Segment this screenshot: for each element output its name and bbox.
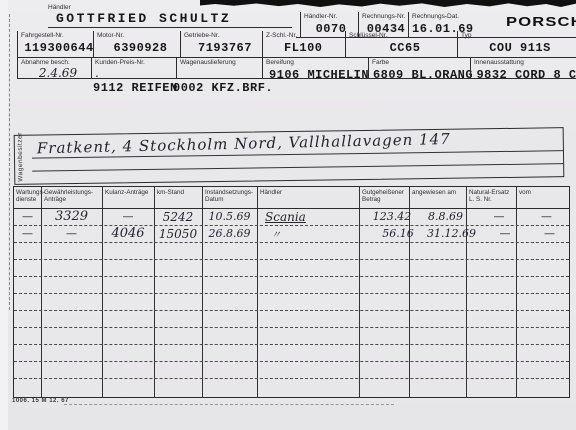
cell-natural-ersatz: — xyxy=(474,208,524,225)
cell-wartungsdienste: — xyxy=(14,225,41,242)
field-value: 6809 BL.ORANG xyxy=(372,68,474,82)
col-header-gewaehrleistung: Gewährleistungs-Anträge xyxy=(42,187,102,208)
cell-angewiesen: 31.12.69 xyxy=(423,225,480,242)
field-label: Getriebe-Nr. xyxy=(184,32,266,39)
field-label: Z-Schl.-Nr. xyxy=(266,32,349,39)
table-row-rule xyxy=(14,276,569,277)
col-header-vom: vom xyxy=(517,187,568,208)
field-label: Fahrgestell-Nr. xyxy=(21,32,97,39)
field-value: COU 911S xyxy=(461,41,576,55)
cell-gewaehrleistung: — xyxy=(41,225,102,242)
col-header-km-stand: km-Stand xyxy=(155,187,202,208)
table-row-rule xyxy=(14,293,569,294)
field-getriebe-nr: Getriebe-Nr. 7193767 xyxy=(180,31,266,57)
accessory-item-1: 9112 REIFEN xyxy=(93,81,178,95)
vehicle-row-1: Fahrgestell-Nr. 119300644 Motor-Nr. 6390… xyxy=(0,31,576,57)
owner-box: Wagenbesitzer Fratkent, 4 Stockholm Nord… xyxy=(14,127,565,185)
table-row-rule xyxy=(14,259,569,260)
table-row-rule xyxy=(14,242,569,243)
cell-kulanz: — xyxy=(102,208,154,225)
field-label: Motor-Nr. xyxy=(97,32,184,39)
cell-angewiesen: 8.8.69 xyxy=(417,208,474,225)
field-label: Abnahme besch. xyxy=(21,59,95,66)
cell-kulanz: 4046 xyxy=(102,225,154,242)
table-row-rule xyxy=(14,310,569,311)
col-header-angewiesen: angewiesen am xyxy=(410,187,466,208)
field-value: 7193767 xyxy=(184,41,266,55)
field-typ: Typ COU 911S xyxy=(457,31,576,57)
cell-natural-ersatz: — xyxy=(480,225,530,242)
field-value: CC65 xyxy=(349,41,461,55)
col-header-wartungsdienste: Wartungs-dienste xyxy=(14,187,41,208)
vehicle-row-2-rule xyxy=(17,78,576,79)
col-header-natural-ersatz: Natural-Ersatz L. S. Nr. xyxy=(467,187,516,208)
dealer-underline xyxy=(48,27,292,28)
field-farbe: Farbe 6809 BL.ORANG xyxy=(368,58,474,78)
col-header-kulanz: Kulanz-Anträge xyxy=(103,187,154,208)
field-label: Bereifung xyxy=(266,59,372,66)
field-label: Rechnungs-Dat. xyxy=(412,13,508,20)
owner-rule-2 xyxy=(32,163,563,171)
owner-label: Wagenbesitzer xyxy=(17,138,25,182)
field-label: Farbe xyxy=(372,59,474,66)
cell-datum: 10.5.69 xyxy=(202,208,257,225)
field-label: Schlüssel-Nr. xyxy=(349,32,461,39)
table-row-rule xyxy=(14,225,569,226)
scan-top-edge-shadow xyxy=(200,0,576,8)
field-schluessel-nr: Schlüssel-Nr. CC65 xyxy=(345,31,461,57)
scan-bottom-dash-line xyxy=(64,404,394,405)
service-table: Wartungs-dienste Gewährleistungs-Anträge… xyxy=(13,186,570,398)
cell-betrag: 56.16 xyxy=(373,225,423,242)
table-row: — 3329 — 5242 10.5.69 Scania 123.42 8.8.… xyxy=(14,208,569,225)
table-row-rule xyxy=(14,361,569,362)
cell-vom: — xyxy=(524,208,569,225)
field-value: 9832 CORD 8 C xyxy=(474,68,576,82)
cell-gewaehrleistung: 3329 xyxy=(41,208,102,225)
field-motor-nr: Motor-Nr. 6390928 xyxy=(93,31,184,57)
field-wagenauslieferung: Wagenauslieferung xyxy=(176,58,266,78)
field-abnahme: Abnahme besch. 2.4.69 xyxy=(17,58,95,78)
table-row: — — 4046 15050 26.8.69 〃 56.16 31.12.69 … xyxy=(14,225,569,242)
dealer-name: GOTTFRIED SCHULTZ xyxy=(56,11,231,26)
field-label: Innenausstattung xyxy=(474,59,576,66)
table-row-rule xyxy=(14,378,569,379)
field-value: 119300644 xyxy=(21,41,97,55)
field-label: Kunden-Preis-Nr. xyxy=(95,59,180,66)
cell-datum: 26.8.69 xyxy=(202,225,257,242)
cell-wartungsdienste: — xyxy=(14,208,41,225)
field-label: Rechnungs-Nr. xyxy=(362,13,410,20)
field-label: Händler-Nr. xyxy=(304,13,358,20)
table-row-rule xyxy=(14,344,569,345)
field-innenausstattung: Innenausstattung 9832 CORD 8 C xyxy=(470,58,576,78)
table-row-rule xyxy=(14,327,569,328)
cell-vom: — xyxy=(530,225,569,242)
cell-haendler-ditto: 〃 xyxy=(257,225,373,242)
field-value: FL100 xyxy=(266,41,349,55)
field-bereifung: Bereifung 9106 MICHELIN xyxy=(262,58,372,78)
porsche-wordmark: PORSCHE xyxy=(506,14,576,29)
col-header-betrag: Gutgeheißener Betrag xyxy=(360,187,409,208)
field-kunden-preis-nr: Kunden-Preis-Nr. . xyxy=(91,58,180,78)
field-z-schl-nr: Z-Schl.-Nr. FL100 xyxy=(262,31,349,57)
field-label: Wagenauslieferung xyxy=(180,59,266,66)
cell-haendler: Scania xyxy=(257,208,367,225)
cell-betrag: 123.42 xyxy=(367,208,417,225)
cell-km-stand: 5242 xyxy=(154,208,202,225)
scanned-service-card: Händler GOTTFRIED SCHULTZ Händler-Nr. 00… xyxy=(0,0,576,430)
accessory-item-2: 0002 KFZ.BRF. xyxy=(173,81,273,95)
field-value: 6390928 xyxy=(97,41,184,55)
col-header-instandsetzung: Instandsetzungs-Datum xyxy=(203,187,257,208)
field-value: 9106 MICHELIN xyxy=(266,68,372,82)
vehicle-row-2: Abnahme besch. 2.4.69 Kunden-Preis-Nr. .… xyxy=(0,58,576,78)
field-label: Typ xyxy=(461,32,576,39)
col-header-haendler: Händler xyxy=(258,187,359,208)
cell-km-stand: 15050 xyxy=(154,225,202,242)
form-code: 1006. 15 M 12. 67 xyxy=(12,398,69,404)
field-fahrgestell-nr: Fahrgestell-Nr. 119300644 xyxy=(17,31,97,57)
